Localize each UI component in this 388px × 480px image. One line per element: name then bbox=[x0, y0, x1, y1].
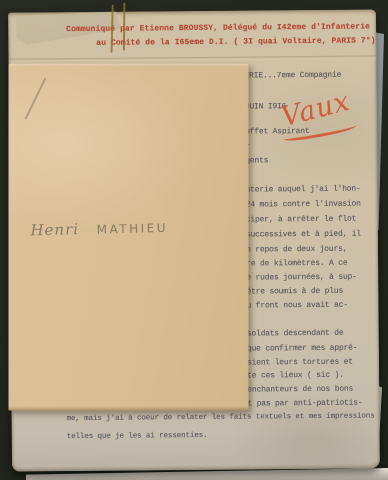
typed-document-sheet: Communiqué par Etienne BROUSSY, Délégué … bbox=[8, 9, 380, 471]
typed-line-fragment: soldats descendant de bbox=[247, 329, 344, 339]
typed-line-fragment: u front nous avait ac- bbox=[247, 301, 348, 311]
typed-line-fragment: re de kilomètres. A ce bbox=[246, 259, 347, 269]
typed-line-fragment: être soumis à de plus bbox=[246, 287, 343, 297]
typed-line-fragment: e rudes journées, à sup- bbox=[246, 273, 356, 283]
handwritten-name: Henri MATHIEU bbox=[30, 218, 168, 241]
handwritten-first-name: Henri bbox=[30, 220, 79, 239]
typed-line-fragment: que confirmer mes appré- bbox=[247, 344, 357, 354]
pen-check-mark bbox=[123, 3, 125, 51]
document-scan: Communiqué par Etienne BROUSSY, Délégué … bbox=[0, 0, 388, 480]
typed-line-fragment: nterie auquel j'ai l'hon- bbox=[246, 185, 361, 195]
typed-line-fragment: successives et à pied, il bbox=[246, 230, 361, 240]
typed-footer-line: telles que je les ai ressenties. bbox=[67, 432, 208, 441]
overlay-cover-sheet: Henri MATHIEU bbox=[8, 64, 248, 411]
typed-line-fragment: ERIE...7eme Compagnie bbox=[245, 71, 342, 81]
typed-line-fragment: gents bbox=[245, 156, 268, 165]
typed-line-fragment: t pas par anti-patriotis- bbox=[247, 399, 362, 409]
paper-crease bbox=[8, 55, 376, 61]
handwritten-last-name: MATHIEU bbox=[96, 221, 168, 237]
typed-line-fragment: n repos de deux jours, bbox=[246, 245, 347, 255]
typed-footer-line: me, mais j'ai à coeur de relater les fai… bbox=[67, 412, 375, 423]
typed-line-fragment: enchanteurs de nos bons bbox=[247, 385, 353, 395]
header-line-2: au Comité de la I65eme D.I. ( 3I quai Vo… bbox=[96, 36, 375, 47]
typed-line-fragment: te ces lieux ( sic ). bbox=[247, 371, 344, 381]
typed-line-fragment: sient leurs tortures et bbox=[247, 358, 353, 368]
typed-line-fragment: 24 mois contre l'invasion bbox=[246, 200, 361, 210]
typed-line-fragment: ciper, à arrêter le flot bbox=[246, 215, 356, 225]
pencil-stray-mark bbox=[24, 78, 46, 120]
overlay-edge-shadow bbox=[8, 406, 248, 411]
